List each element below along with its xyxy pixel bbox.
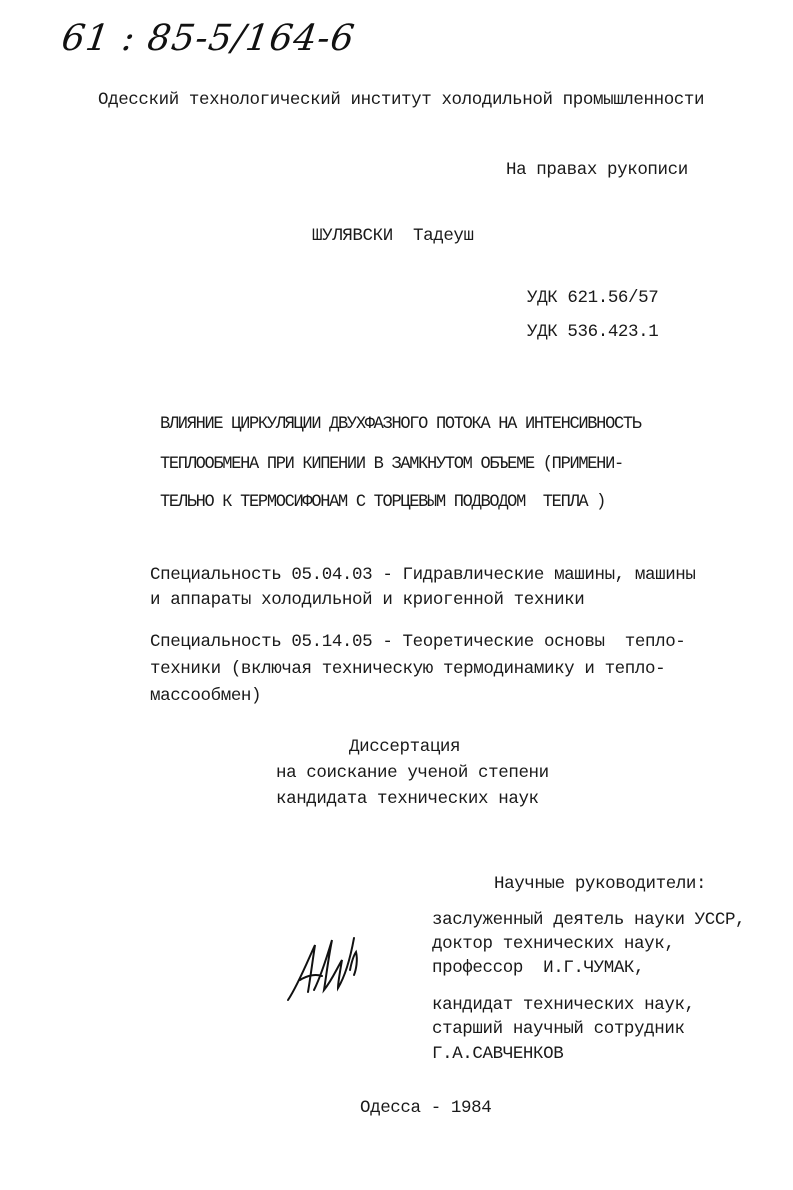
supervisor-2-line-1: кандидат технических наук, [432, 995, 695, 1015]
signature-icon [280, 930, 380, 1010]
supervisor-2-line-3: Г.А.САВЧЕНКОВ [432, 1044, 563, 1064]
supervisor-1-line-3: профессор И.Г.ЧУМАК, [432, 958, 644, 978]
title-line-1: ВЛИЯНИЕ ЦИРКУЛЯЦИИ ДВУХФАЗНОГО ПОТОКА НА… [160, 415, 641, 436]
specialty-1-line-2: и аппараты холодильной и криогенной техн… [150, 590, 584, 610]
institution-name: Одесский технологический институт холоди… [98, 90, 704, 110]
udc-code-2: УДК 536.423.1 [527, 322, 658, 342]
rights-note: На правах рукописи [506, 160, 688, 180]
specialty-1-line-1: Специальность 05.04.03 - Гидравлические … [150, 565, 696, 585]
supervisor-1-line-1: заслуженный деятель науки УССР, [432, 910, 745, 930]
degree-line-1: Диссертация [349, 737, 460, 757]
specialty-2-line-3: массообмен) [150, 686, 261, 706]
title-line-3: ТЕЛЬНО К ТЕРМОСИФОНАМ С ТОРЦЕВЫМ ПОДВОДО… [160, 493, 605, 514]
specialty-2-line-1: Специальность 05.14.05 - Теоретические о… [150, 632, 685, 652]
supervisor-1-line-2: доктор технических наук, [432, 934, 674, 954]
place-and-year: Одесса - 1984 [360, 1098, 491, 1118]
title-line-2: ТЕПЛООБМЕНА ПРИ КИПЕНИИ В ЗАМКНУТОМ ОБЪЕ… [160, 455, 623, 476]
degree-line-2: на соискание ученой степени [276, 763, 549, 783]
degree-line-3: кандидата технических наук [276, 789, 539, 809]
specialty-2-line-2: техники (включая техническую термодинами… [150, 659, 665, 679]
author-name: ШУЛЯВСКИ Тадеуш [312, 226, 474, 246]
udc-code-1: УДК 621.56/57 [527, 288, 658, 308]
supervisors-heading: Научные руководители: [494, 874, 706, 894]
archive-code: 61 : 85-5/164-6 [59, 18, 357, 59]
supervisor-2-line-2: старший научный сотрудник [432, 1019, 685, 1039]
